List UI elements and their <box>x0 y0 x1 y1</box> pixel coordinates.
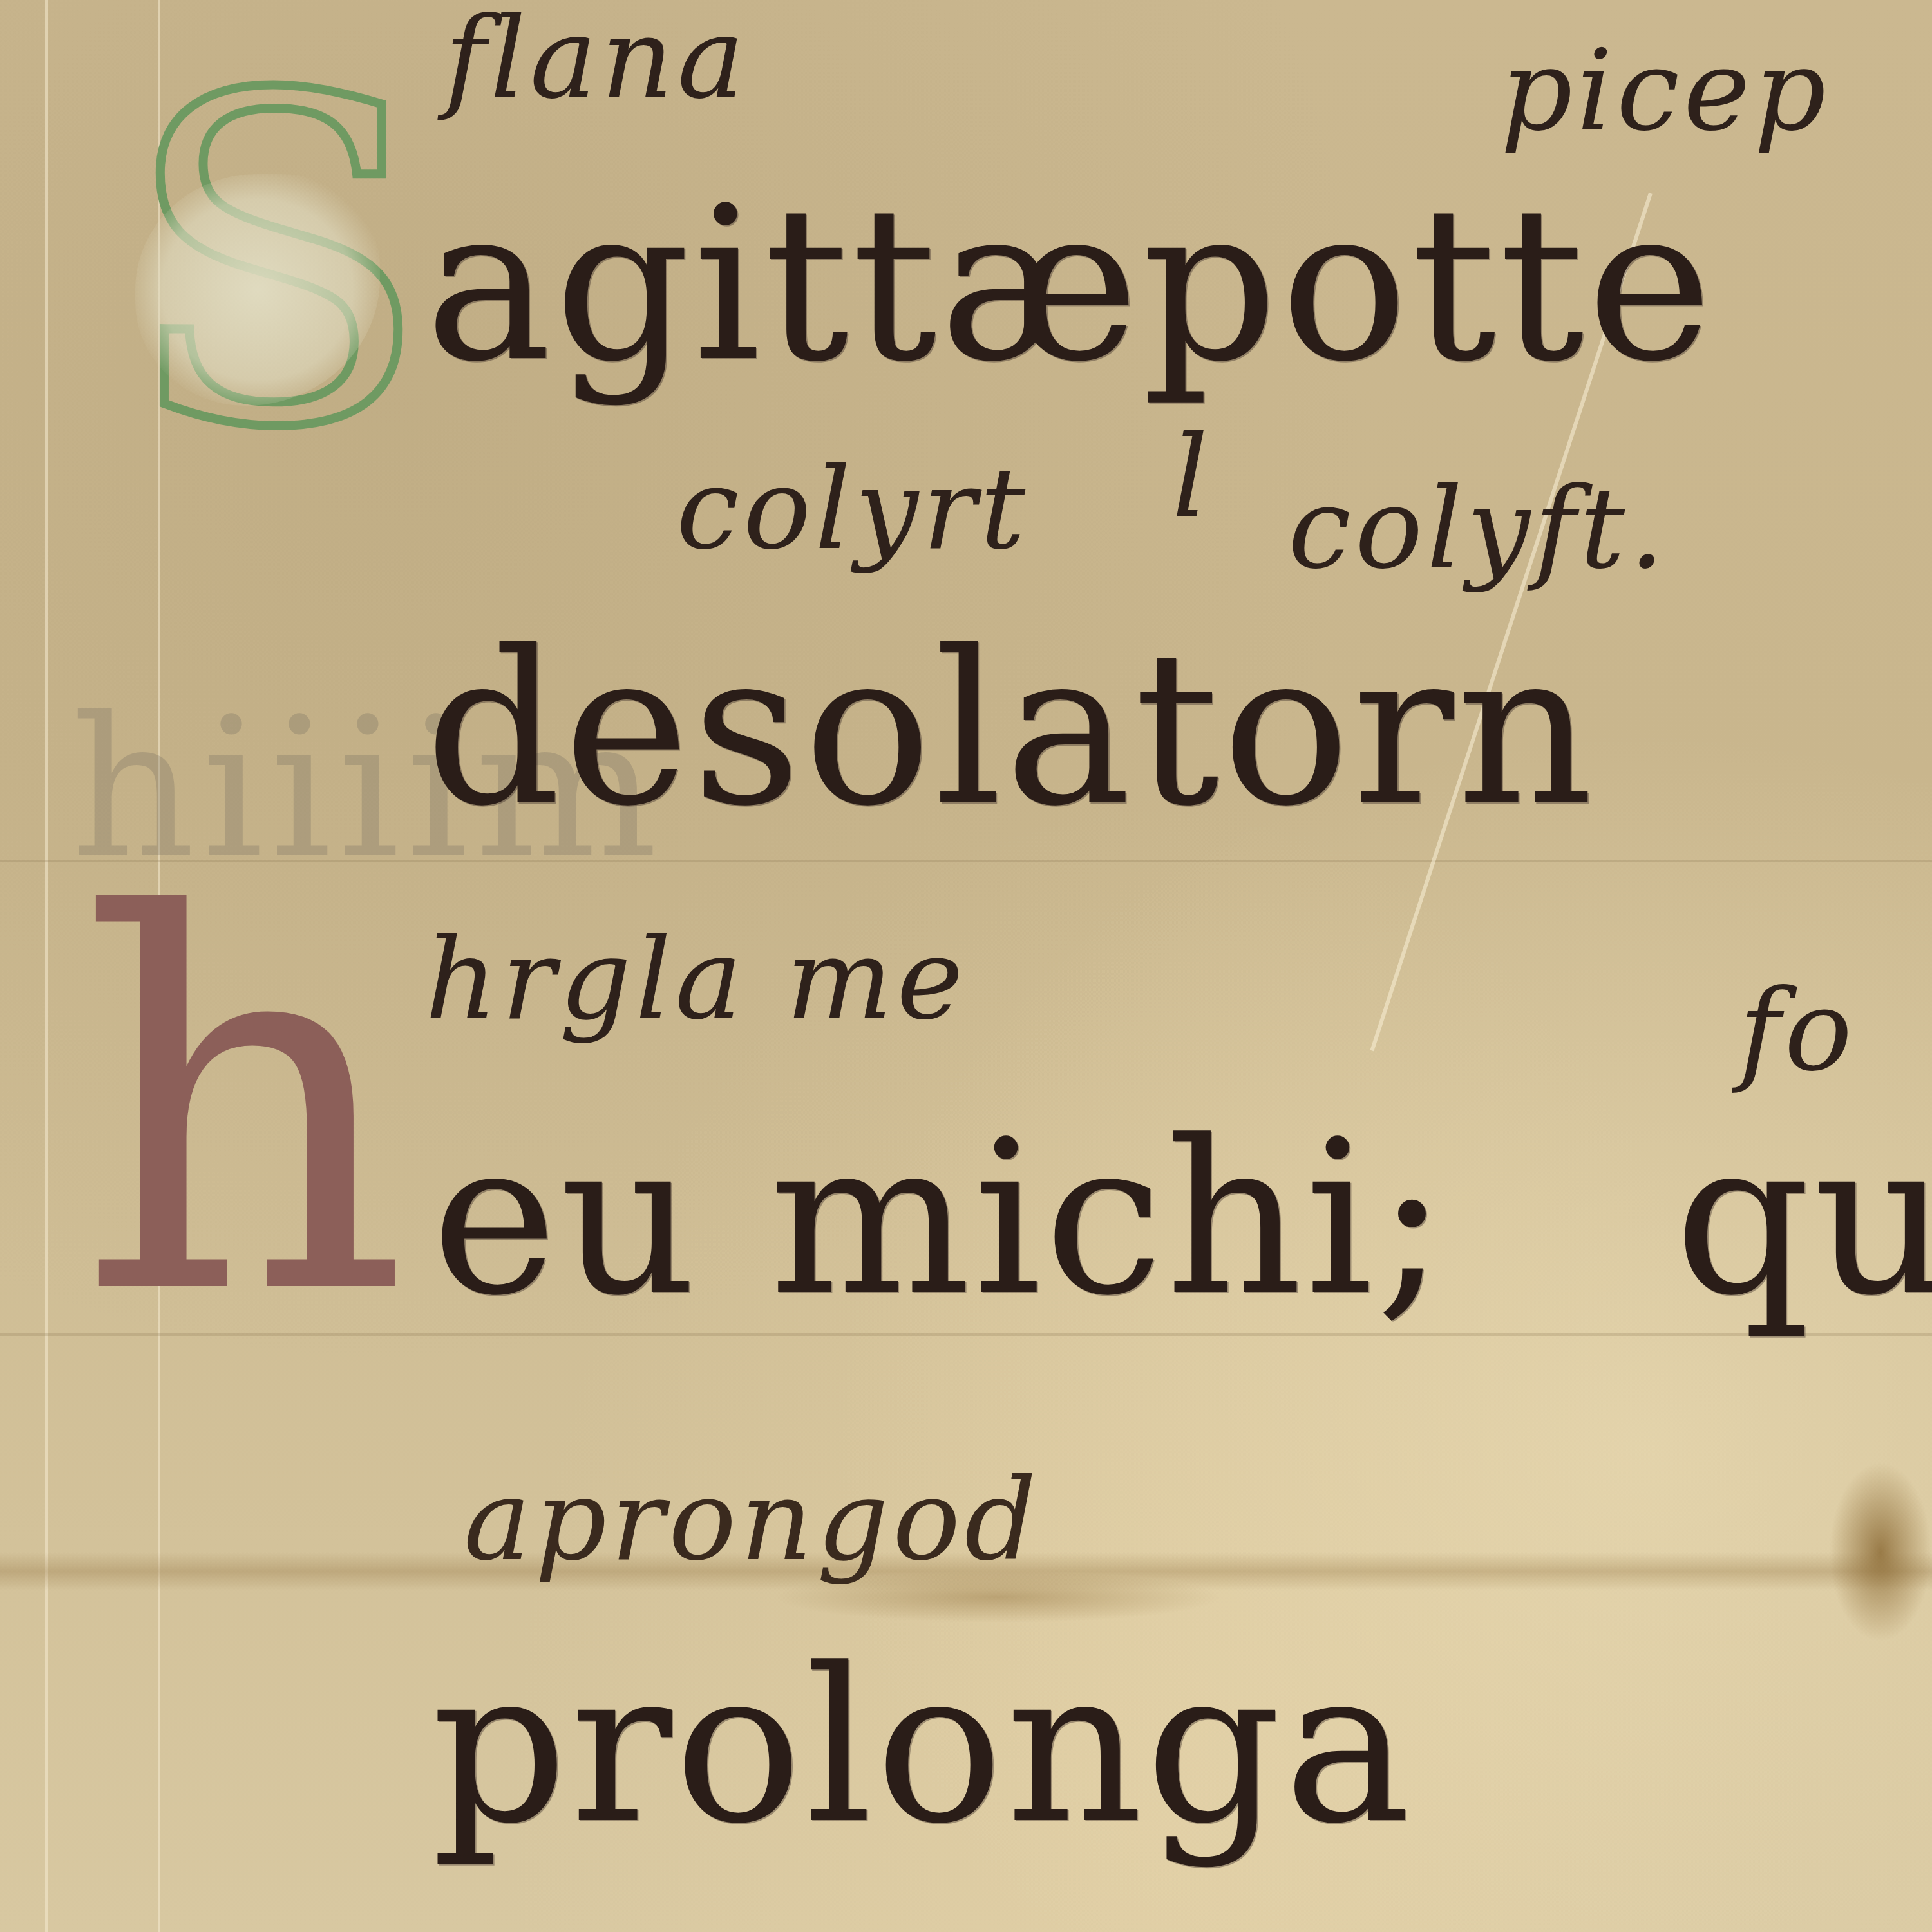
ink-stain <box>1829 1462 1932 1642</box>
main-text-line: desolatorn <box>425 605 1596 853</box>
gloss-word: l <box>1172 412 1212 543</box>
gloss-word: flana <box>444 0 748 124</box>
gloss-word: colyft. <box>1288 464 1669 594</box>
main-text-line: prolonga <box>431 1623 1413 1870</box>
initial-h: h <box>77 850 409 1365</box>
gloss-word: fo <box>1739 966 1856 1097</box>
gloss-word: hrgla me <box>425 914 967 1045</box>
main-text-line: qu <box>1674 1095 1932 1342</box>
margin-ruling <box>45 0 48 1932</box>
gloss-word: picep <box>1501 26 1830 156</box>
gloss-word: aprongod <box>464 1455 1041 1586</box>
gloss-word: colyrt <box>676 444 1029 575</box>
manuscript-page: hiiiim S flana picep agittæpotte colyrt … <box>0 0 1932 1932</box>
main-text-line: agittæpotte <box>425 161 1715 408</box>
main-text-line: eu michi; <box>431 1095 1450 1342</box>
